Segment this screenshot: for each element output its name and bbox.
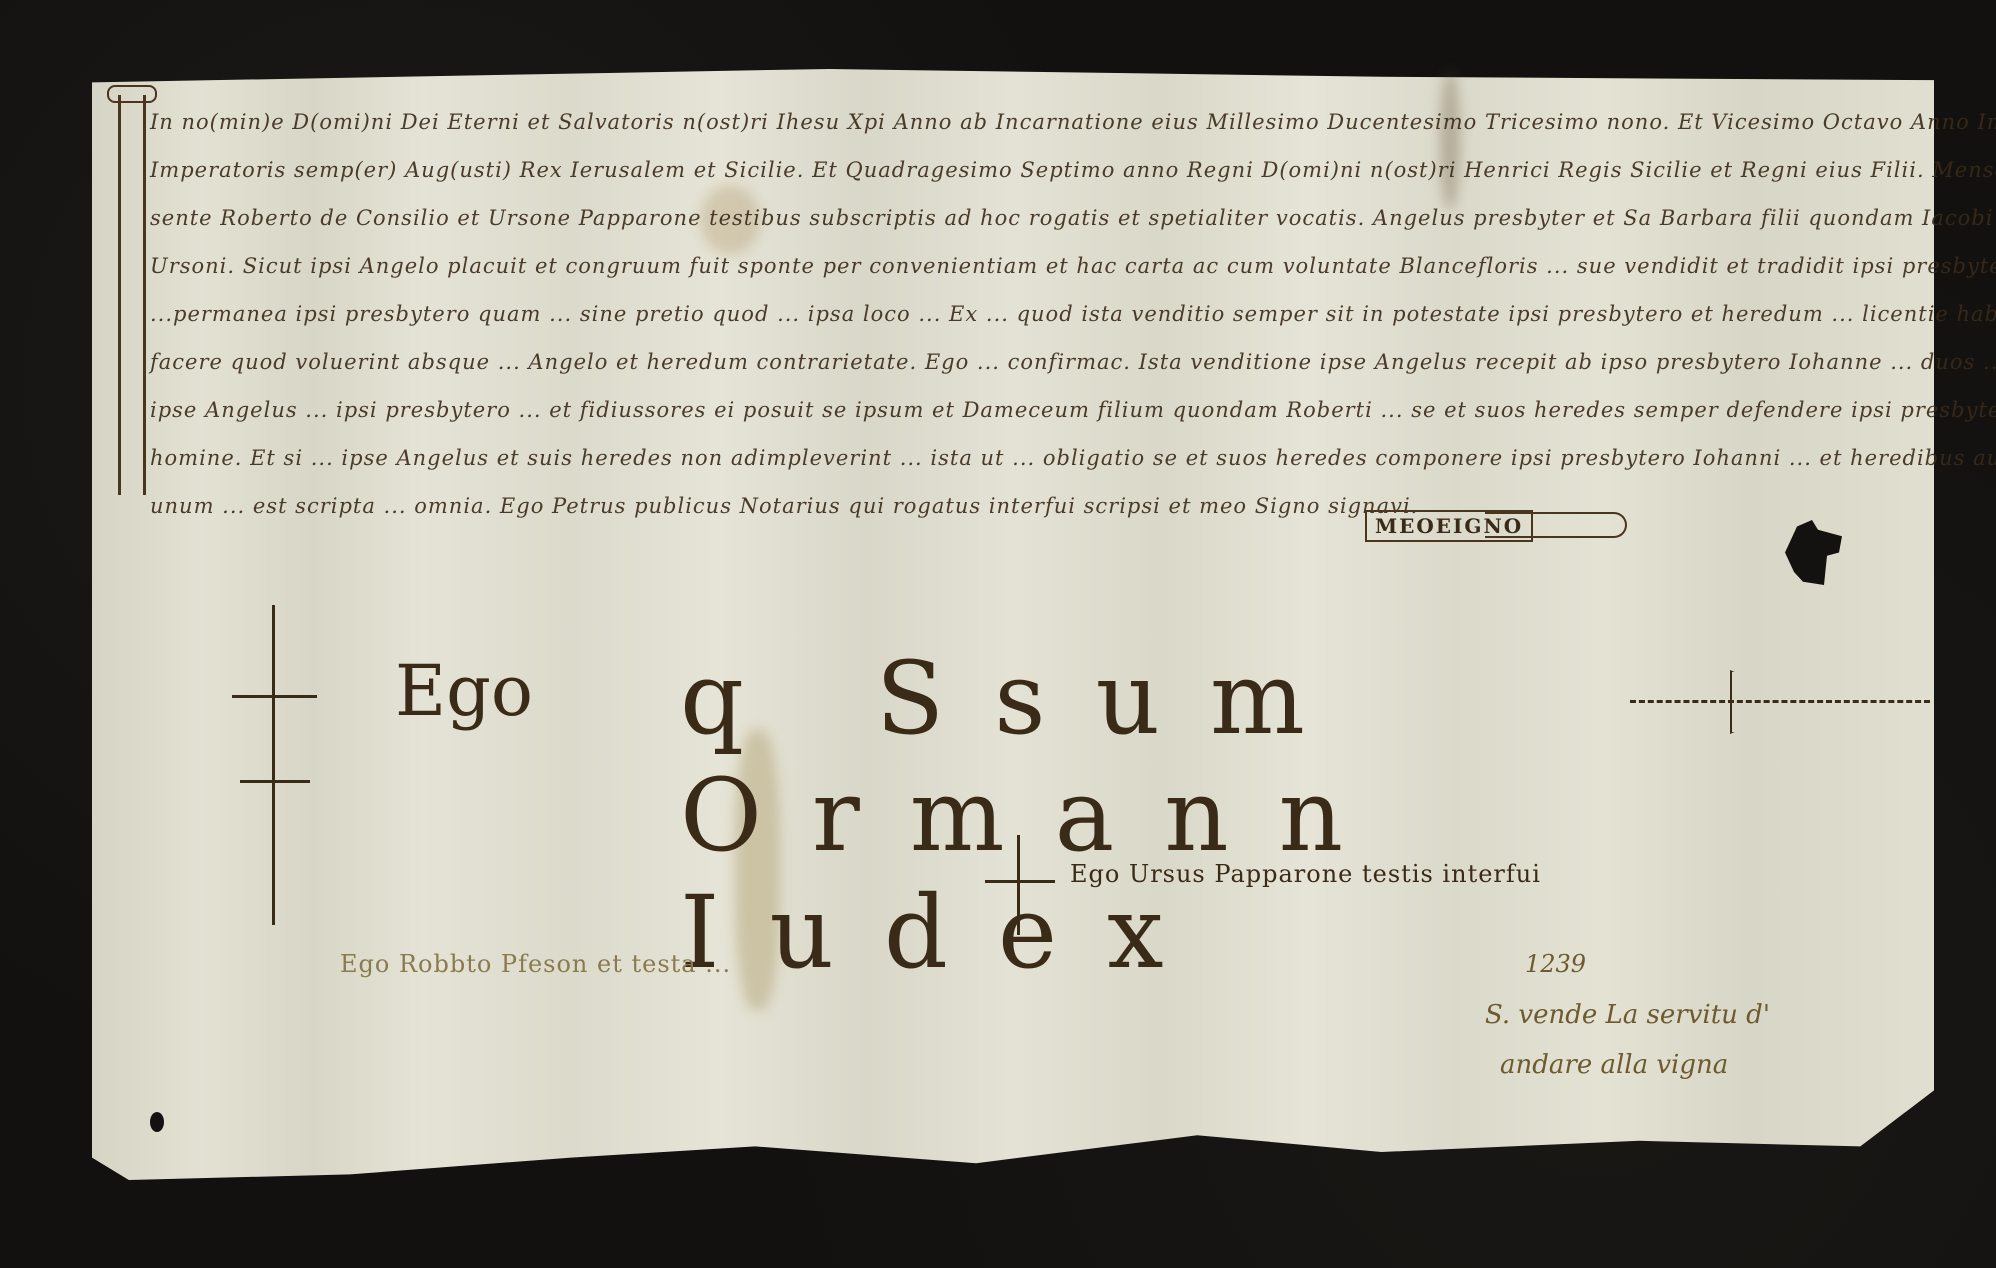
text-line-4: Ursoni. Sicut ipsi Angelo placuit et con…	[150, 254, 1996, 278]
decorated-initial-I	[118, 95, 146, 495]
text-line-7: ipse Angelus ... ipsi presbytero ... et …	[150, 398, 1996, 422]
text-line-8: homine. Et si ... ipse Angelus et suis h…	[150, 446, 1996, 470]
annotation-line-1: S. vende La servitu d'	[1485, 1000, 1770, 1030]
large-subscription: q Ssum Ormann Iudex	[680, 640, 1996, 991]
text-line-6: facere quod voluerint absque ... Angelo …	[150, 350, 1996, 374]
witness-cross	[1017, 835, 1020, 935]
parchment-hole	[150, 1112, 164, 1132]
fold-stain	[1440, 70, 1460, 210]
text-line-5: ...permanea ipsi presbytero quam ... sin…	[150, 302, 1996, 326]
cross-bar	[240, 780, 310, 783]
witness-cross-bar	[985, 880, 1055, 883]
witness-subscription-1: Ego Ursus Papparone testis interfui	[1070, 860, 1541, 888]
text-line-3: sente Roberto de Consilio et Ursone Papp…	[150, 206, 1996, 230]
text-line-1: In no(min)e D(omi)ni Dei Eterni et Salva…	[150, 110, 1996, 134]
cross-bar	[232, 695, 317, 698]
witness-subscription-2: Ego Robbto Pfeson et testa ...	[340, 950, 731, 978]
subscription-ego: Ego	[395, 650, 533, 732]
cross-signum	[272, 605, 275, 925]
text-line-9: unum ... est scripta ... omnia. Ego Petr…	[150, 494, 1418, 518]
annotation-year: 1239	[1525, 950, 1586, 978]
annotation-line-2: andare alla vigna	[1500, 1050, 1728, 1080]
signum-flourish	[1485, 512, 1627, 538]
text-line-2: Imperatoris semp(er) Aug(usti) Rex Ierus…	[150, 158, 1996, 182]
